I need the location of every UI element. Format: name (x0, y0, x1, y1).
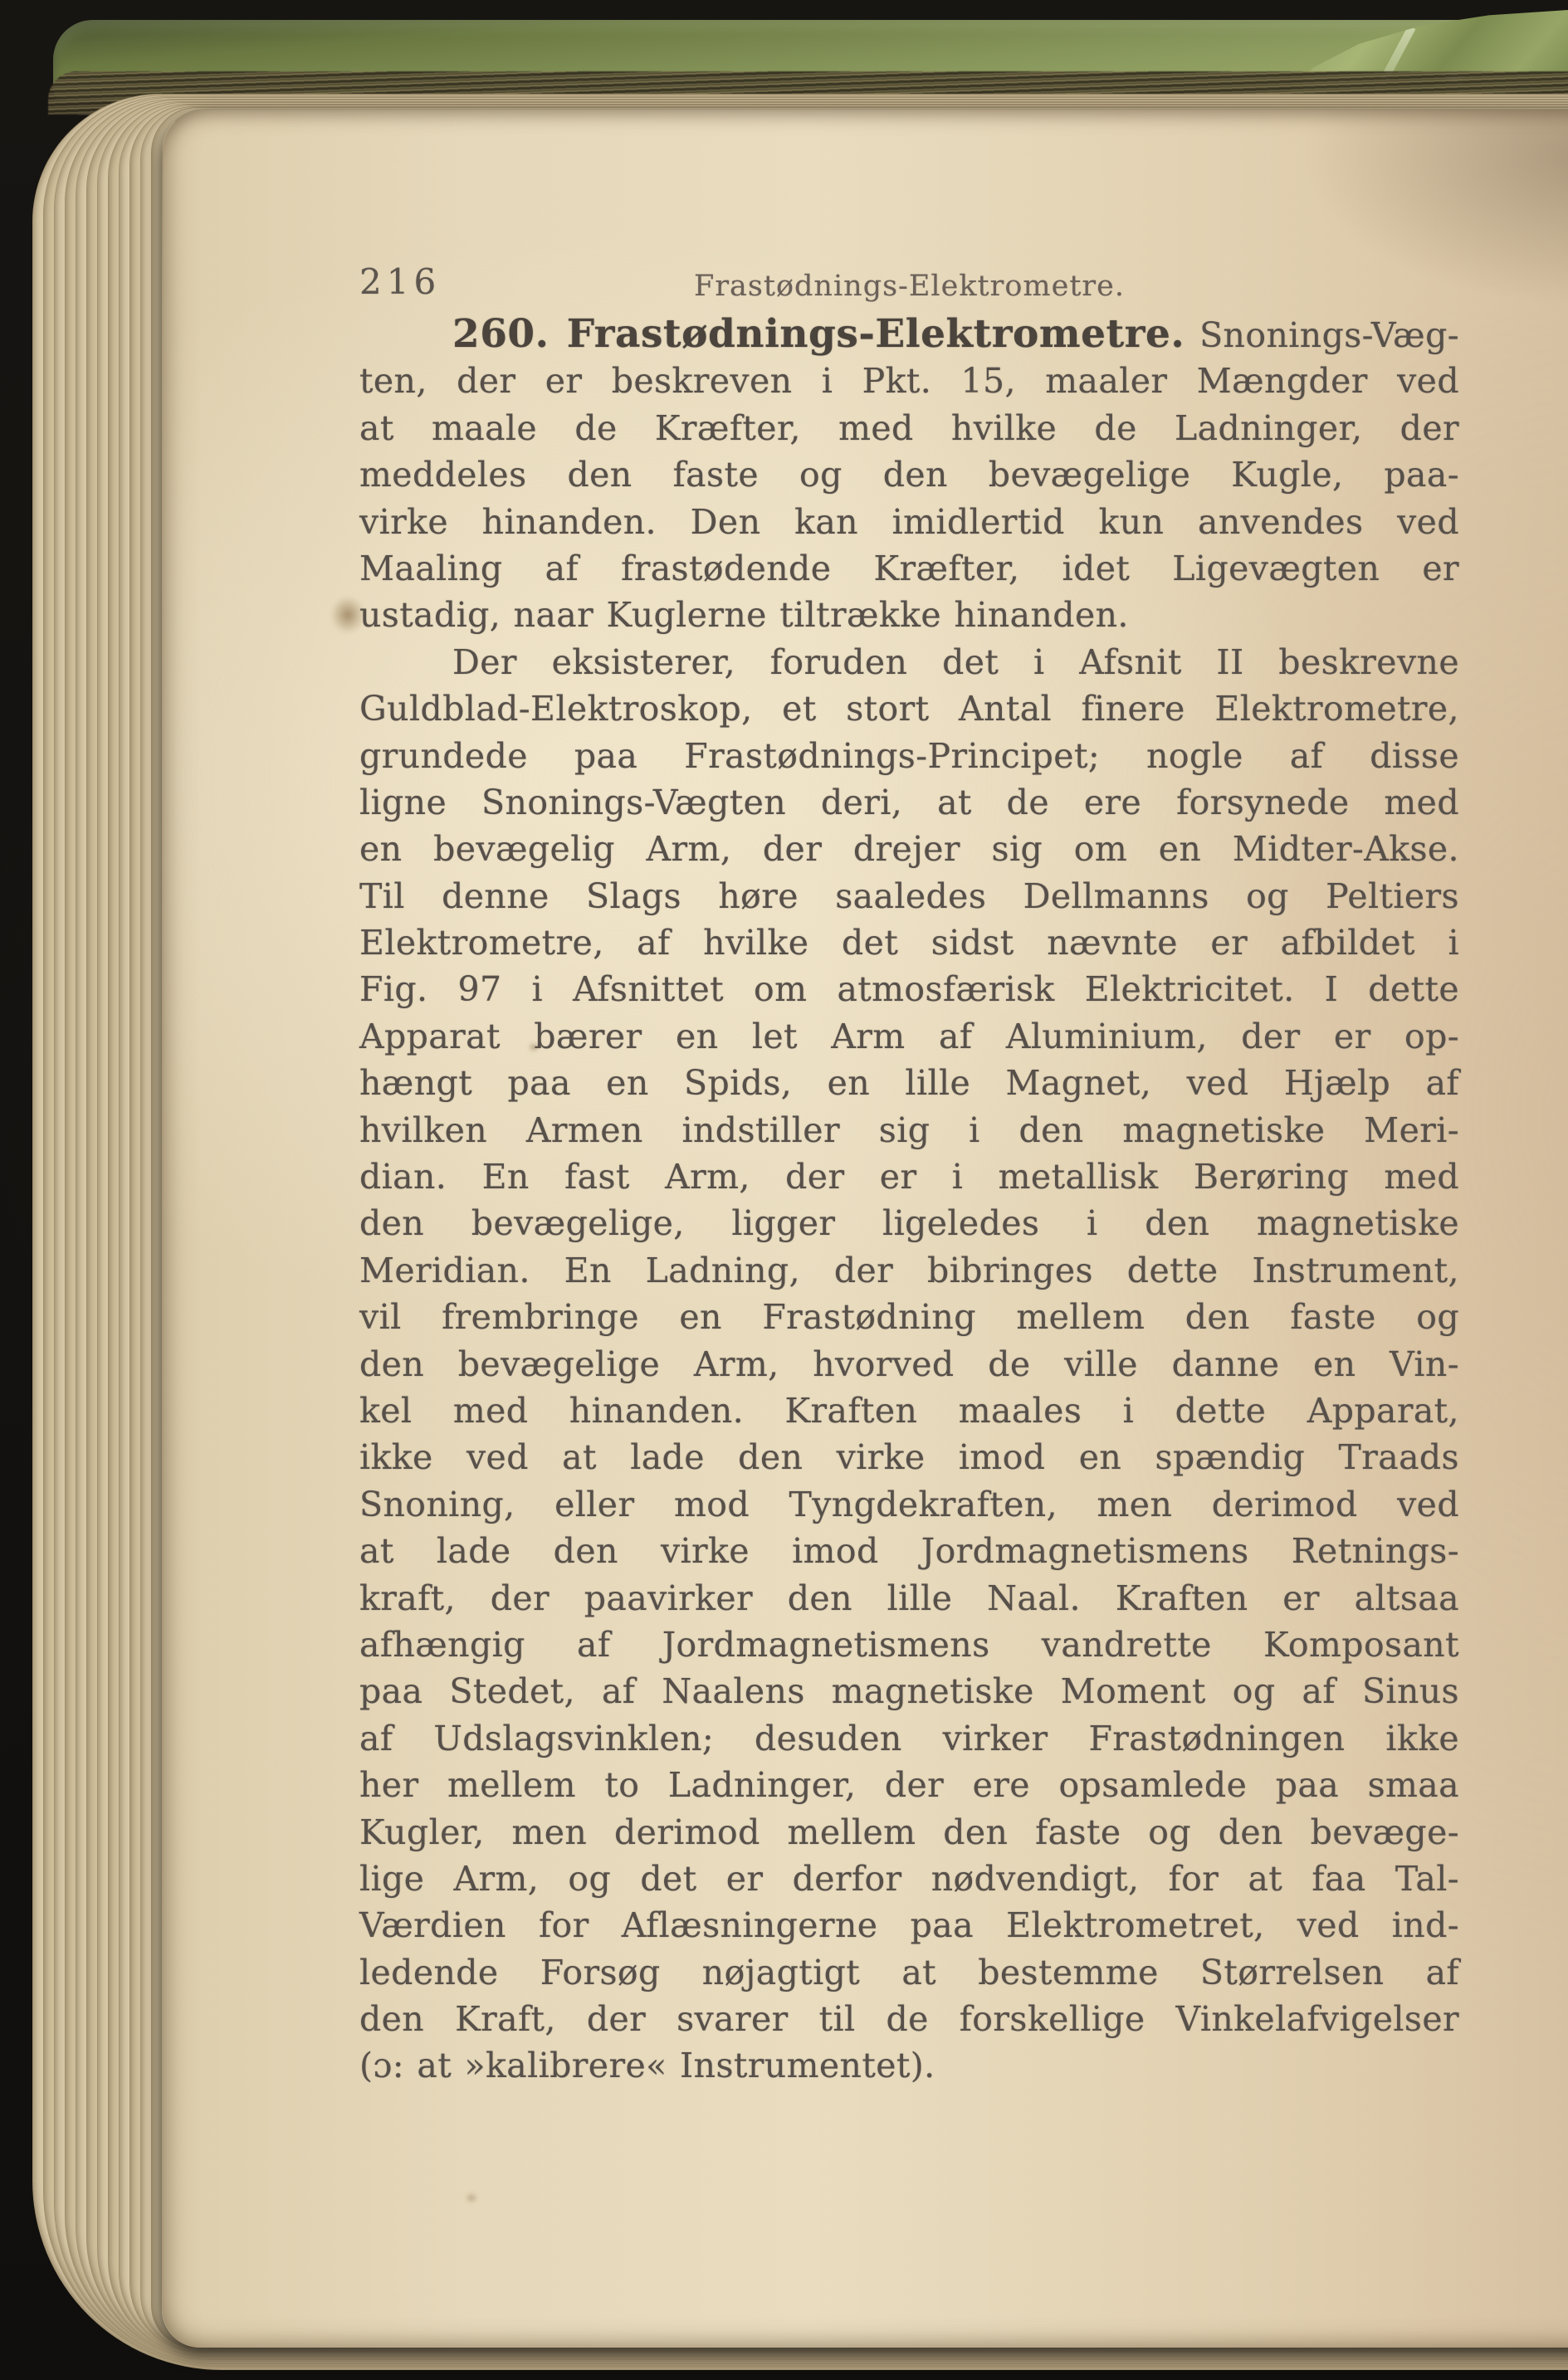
body-line: paa Stedet, af Naalens magnetiske Moment… (359, 1668, 1459, 1714)
body-line: den bevægelige Arm, hvorved de ville dan… (359, 1341, 1459, 1388)
body-line: Der eksisterer, foruden det i Afsnit II … (359, 639, 1459, 685)
body-line: kel med hinanden. Kraften maales i dette… (359, 1388, 1459, 1434)
body-line: Maaling af frastødende Kræfter, idet Lig… (359, 545, 1459, 592)
body-line: kraft, der paavirker den lille Naal. Kra… (359, 1575, 1459, 1622)
body-line: ikke ved at lade den virke imod en spænd… (359, 1434, 1459, 1480)
body-line: at lade den virke imod Jordmagnetismens … (359, 1528, 1459, 1574)
section-heading-line: 260. Frastødnings-Elektrometre. Snonings… (359, 311, 1459, 358)
body-line: hvilken Armen indstiller sig i den magne… (359, 1107, 1459, 1153)
body-line: (ɔ: at »kalibrere« Instrumentet). (359, 2042, 1459, 2089)
body-line: ledende Forsøg nøjagtigt at bestemme Stø… (359, 1949, 1459, 1996)
body-line: Apparat bærer en let Arm af Aluminium, d… (359, 1013, 1459, 1060)
body-line: vil frembringe en Frastødning mellem den… (359, 1294, 1459, 1340)
body-line: Til denne Slags høre saaledes Dellmanns … (359, 873, 1459, 919)
body-line: Kugler, men derimod mellem den faste og … (359, 1809, 1459, 1856)
body-line: her mellem to Ladninger, der ere opsamle… (359, 1762, 1459, 1808)
section-heading: 260. Frastødnings-Elektrometre. (452, 311, 1185, 357)
body-line: ten, der er beskreven i Pkt. 15, maaler … (359, 358, 1459, 404)
body-line: dian. En fast Arm, der er i metallisk Be… (359, 1153, 1459, 1200)
running-header: Frastødnings-Elektrometre. (359, 263, 1459, 310)
body-line: lige Arm, og det er derfor nødvendigt, f… (359, 1856, 1459, 1902)
body-line: at maale de Kræfter, med hvilke de Ladni… (359, 405, 1459, 451)
body-line: ustadig, naar Kuglerne tiltrække hinande… (359, 592, 1459, 638)
heading-continuation: Snonings-Væg- (1199, 315, 1459, 355)
body-line: hængt paa en Spids, en lille Magnet, ved… (359, 1060, 1459, 1106)
body-line: virke hinanden. Den kan imidlertid kun a… (359, 499, 1459, 545)
body-line: en bevægelig Arm, der drejer sig om en M… (359, 826, 1459, 872)
body-line: Guldblad-Elektroskop, et stort Antal fin… (359, 685, 1459, 732)
body-line: meddeles den faste og den bevægelige Kug… (359, 451, 1459, 498)
book-photo: 216 Frastødnings-Elektrometre. 260. Fras… (0, 0, 1568, 2380)
body-text: 260. Frastødnings-Elektrometre. Snonings… (359, 311, 1459, 2090)
body-line: afhængig af Jordmagnetismens vandrette K… (359, 1622, 1459, 1668)
body-line: den Kraft, der svarer til de forskellige… (359, 1996, 1459, 2042)
body-line: Meridian. En Ladning, der bibringes dett… (359, 1247, 1459, 1294)
body-line: Snoning, eller mod Tyngdekraften, men de… (359, 1481, 1459, 1528)
body-line: Elektrometre, af hvilke det sidst nævnte… (359, 919, 1459, 966)
body-line: grundede paa Frastødnings-Principet; nog… (359, 733, 1459, 779)
body-line: Fig. 97 i Afsnittet om atmosfærisk Elekt… (359, 966, 1459, 1012)
body-line: den bevægelige, ligger ligeledes i den m… (359, 1200, 1459, 1246)
body-line: ligne Snonings-Vægten deri, at de ere fo… (359, 779, 1459, 826)
body-line: Værdien for Aflæsningerne paa Elektromet… (359, 1902, 1459, 1948)
body-line: af Udslagsvinklen; desuden virker Frastø… (359, 1715, 1459, 1762)
